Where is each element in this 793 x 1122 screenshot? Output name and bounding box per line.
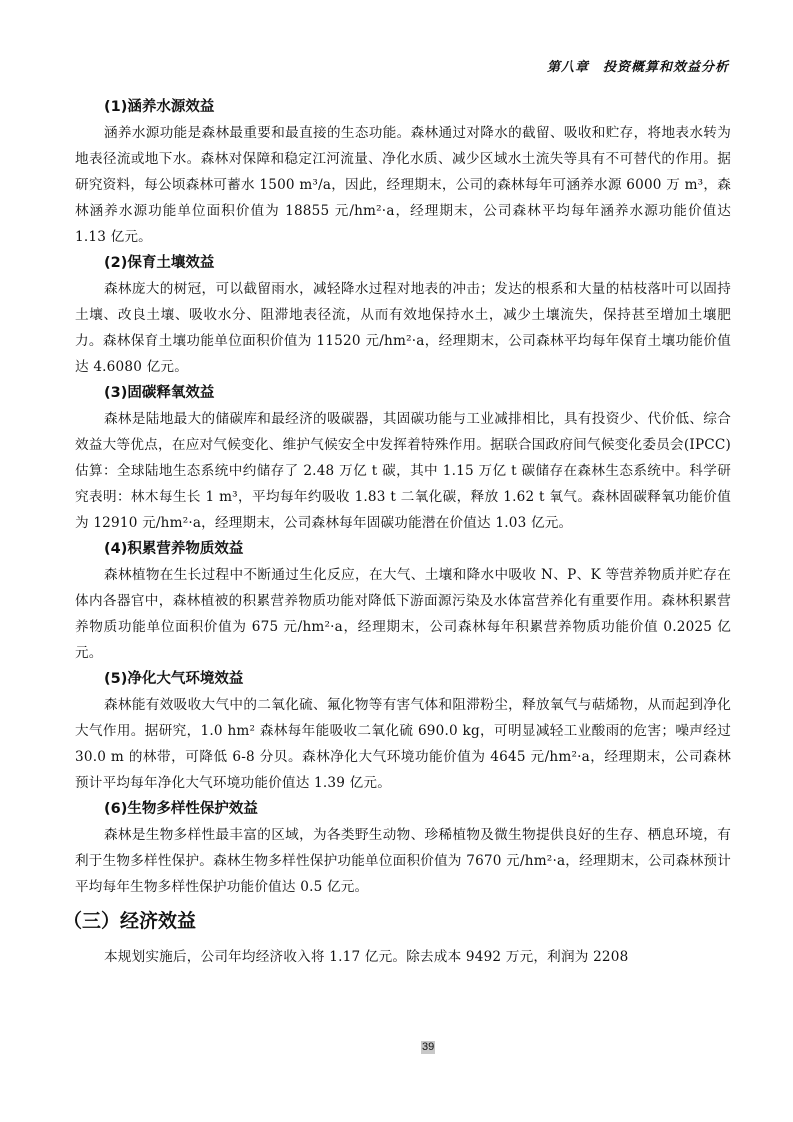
section-body-soil: 森林庞大的树冠，可以截留雨水，减轻降水过程对地表的冲击；发达的根系和大量的枯枝落… xyxy=(75,276,731,380)
chapter-title: 投资概算和效益分析 xyxy=(603,60,729,75)
running-header: 第八章投资概算和效益分析 xyxy=(547,56,729,75)
section-body-biodiversity: 森林是生物多样性最丰富的区域，为各类野生动物、珍稀植物及微生物提供良好的生存、栖… xyxy=(75,822,731,900)
chapter-number: 第八章 xyxy=(547,60,589,75)
section-body-water: 涵养水源功能是森林最重要和最直接的生态功能。森林通过对降水的截留、吸收和贮存，将… xyxy=(75,120,731,250)
page-number: 39 xyxy=(421,1041,435,1054)
section-heading-biodiversity: (6)生物多样性保护效益 xyxy=(75,796,731,822)
section-heading-water: (1)涵养水源效益 xyxy=(75,94,731,120)
section-heading-soil: (2)保育土壤效益 xyxy=(75,250,731,276)
section-heading-air: (5)净化大气环境效益 xyxy=(75,666,731,692)
section-body-nutrients: 森林植物在生长过程中不断通过生化反应，在大气、土壤和降水中吸收 N、P、K 等营… xyxy=(75,562,731,666)
economic-benefit-heading: （三）经济效益 xyxy=(63,904,731,938)
section-body-carbon: 森林是陆地最大的储碳库和最经济的吸碳器，其固碳功能与工业减排相比，具有投资少、代… xyxy=(75,406,731,536)
section-body-air: 森林能有效吸收大气中的二氧化硫、氟化物等有害气体和阻滞粉尘，释放氧气与萜烯物，从… xyxy=(75,692,731,796)
page-body: (1)涵养水源效益 涵养水源功能是森林最重要和最直接的生态功能。森林通过对降水的… xyxy=(75,94,731,970)
economic-benefit-body: 本规划实施后，公司年均经济收入将 1.17 亿元。除去成本 9492 万元，利润… xyxy=(75,944,731,970)
section-heading-nutrients: (4)积累营养物质效益 xyxy=(75,536,731,562)
section-heading-carbon: (3)固碳释氧效益 xyxy=(75,380,731,406)
